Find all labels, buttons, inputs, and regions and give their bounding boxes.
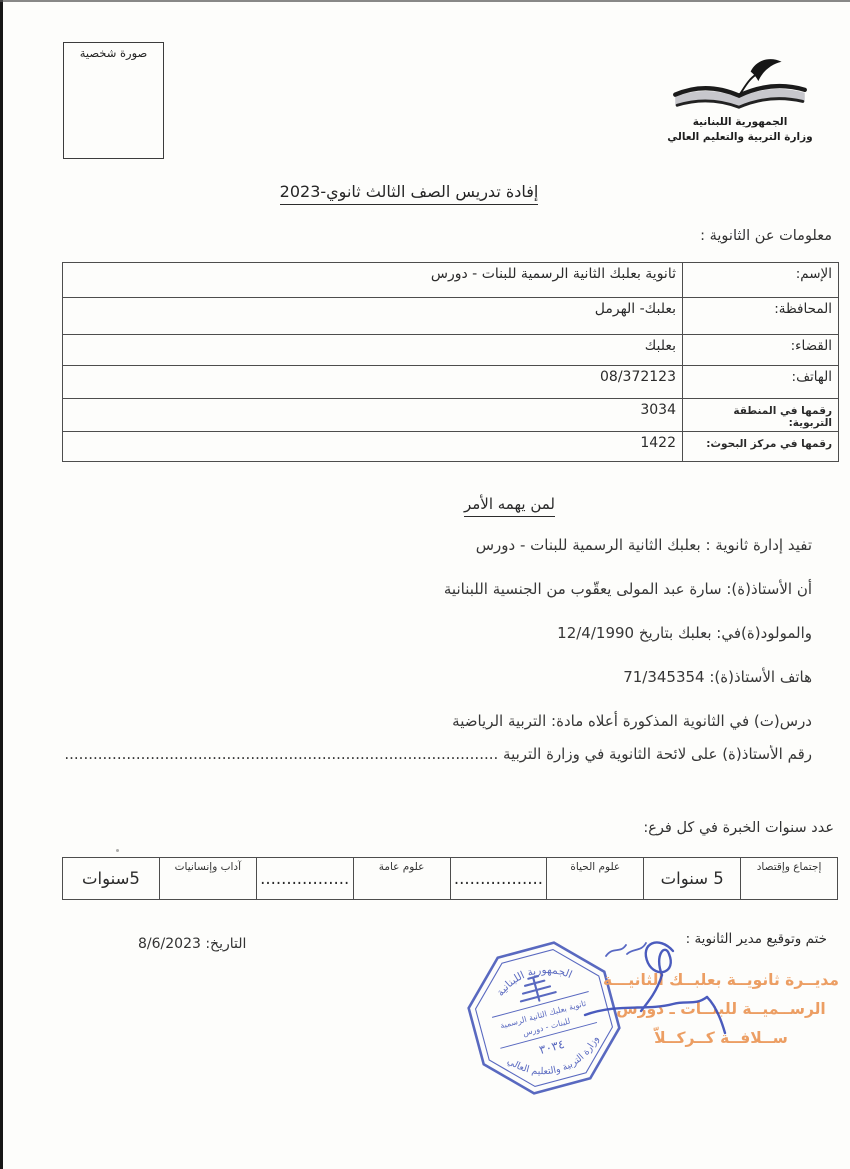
document-title: إفادة تدريس الصف الثالث ثانوي-2023 xyxy=(280,182,539,205)
info-value-cell: بعلبك xyxy=(63,335,683,366)
photo-box-label: صورة شخصية xyxy=(80,46,148,60)
info-value-cell: 08/372123 xyxy=(63,366,683,399)
info-value-cell: ثانوية بعلبك الثانية الرسمية للبنات - دو… xyxy=(63,263,683,298)
info-label-cell: الإسم: xyxy=(683,263,839,298)
scan-speck xyxy=(116,849,119,852)
branch-value-cell: ................. xyxy=(256,858,353,900)
open-book-logo-icon xyxy=(665,56,815,114)
letter-heading: لمن يهمه الأمر xyxy=(464,495,555,517)
date-label: التاريخ: xyxy=(205,936,246,952)
branch-label-cell: علوم الحياة xyxy=(547,858,644,900)
letter-line: أن الأستاذ(ة): سارة عبد المولى يعقّوب من… xyxy=(444,580,812,598)
branch-value-cell: 5سنوات xyxy=(63,858,160,900)
info-label-cell: رقمها في المنطقة التربوية: xyxy=(683,399,839,432)
scanned-certificate-page: صورة شخصية الجمهورية اللبنانية وزارة الت… xyxy=(0,0,850,1169)
school-info-heading: معلومات عن الثانوية : xyxy=(700,228,832,244)
table-row: الإسم: ثانوية بعلبك الثانية الرسمية للبن… xyxy=(63,263,839,298)
stamp-number: ٣٠٣٤ xyxy=(538,1037,567,1057)
experience-table: إجتماع وإقتصاد 5 سنوات علوم الحياة .....… xyxy=(62,857,838,900)
info-label-cell: القضاء: xyxy=(683,335,839,366)
title-row: إفادة تدريس الصف الثالث ثانوي-2023 xyxy=(0,182,834,205)
info-label-cell: رقمها في مركز البحوث: xyxy=(683,432,839,462)
letter-line: تفيد إدارة ثانوية : بعلبك الثانية الرسمي… xyxy=(476,536,812,554)
table-row: رقمها في مركز البحوث: 1422 xyxy=(63,432,839,462)
branch-value-cell: ................. xyxy=(450,858,547,900)
branch-label-cell: إجتماع وإقتصاد xyxy=(741,858,838,900)
branch-value-cell: 5 سنوات xyxy=(644,858,741,900)
ministry-logo: الجمهورية اللبنانية وزارة التربية والتعل… xyxy=(664,56,816,144)
ministry-name-line1: الجمهورية اللبنانية xyxy=(664,115,816,129)
table-row: المحافظة: بعلبك- الهرمل xyxy=(63,298,839,335)
branch-label-cell: آداب وإنسانيات xyxy=(159,858,256,900)
signature-icon xyxy=(575,933,740,1048)
table-row: القضاء: بعلبك xyxy=(63,335,839,366)
date-line: التاريخ: 8/6/2023 xyxy=(138,936,246,952)
school-info-table: الإسم: ثانوية بعلبك الثانية الرسمية للبن… xyxy=(62,262,839,462)
scan-edge-top xyxy=(0,0,850,2)
photo-placeholder-box: صورة شخصية xyxy=(63,42,164,159)
scan-edge-left xyxy=(0,0,3,1169)
table-row: إجتماع وإقتصاد 5 سنوات علوم الحياة .....… xyxy=(63,858,838,900)
letter-line: هاتف الأستاذ(ة): 71/345354 xyxy=(623,668,812,686)
letter-line-dotted: رقم الأستاذ(ة) على لائحة الثانوية في وزا… xyxy=(64,745,812,763)
table-row: رقمها في المنطقة التربوية: 3034 xyxy=(63,399,839,432)
info-value-cell: 1422 xyxy=(63,432,683,462)
experience-heading: عدد سنوات الخبرة في كل فرع: xyxy=(643,820,834,836)
table-row: الهاتف: 08/372123 xyxy=(63,366,839,399)
info-label-cell: المحافظة: xyxy=(683,298,839,335)
info-value-cell: 3034 xyxy=(63,399,683,432)
ministry-name-line2: وزارة التربية والتعليم العالي xyxy=(664,130,816,144)
info-label-cell: الهاتف: xyxy=(683,366,839,399)
info-value-cell: بعلبك- الهرمل xyxy=(63,298,683,335)
branch-label-cell: علوم عامة xyxy=(353,858,450,900)
letter-line: درس(ت) في الثانوية المذكورة أعلاه مادة: … xyxy=(452,712,812,730)
letter-line: والمولود(ة)في: بعلبك بتاريخ 12/4/1990 xyxy=(557,624,812,642)
date-value: 8/6/2023 xyxy=(138,936,201,952)
